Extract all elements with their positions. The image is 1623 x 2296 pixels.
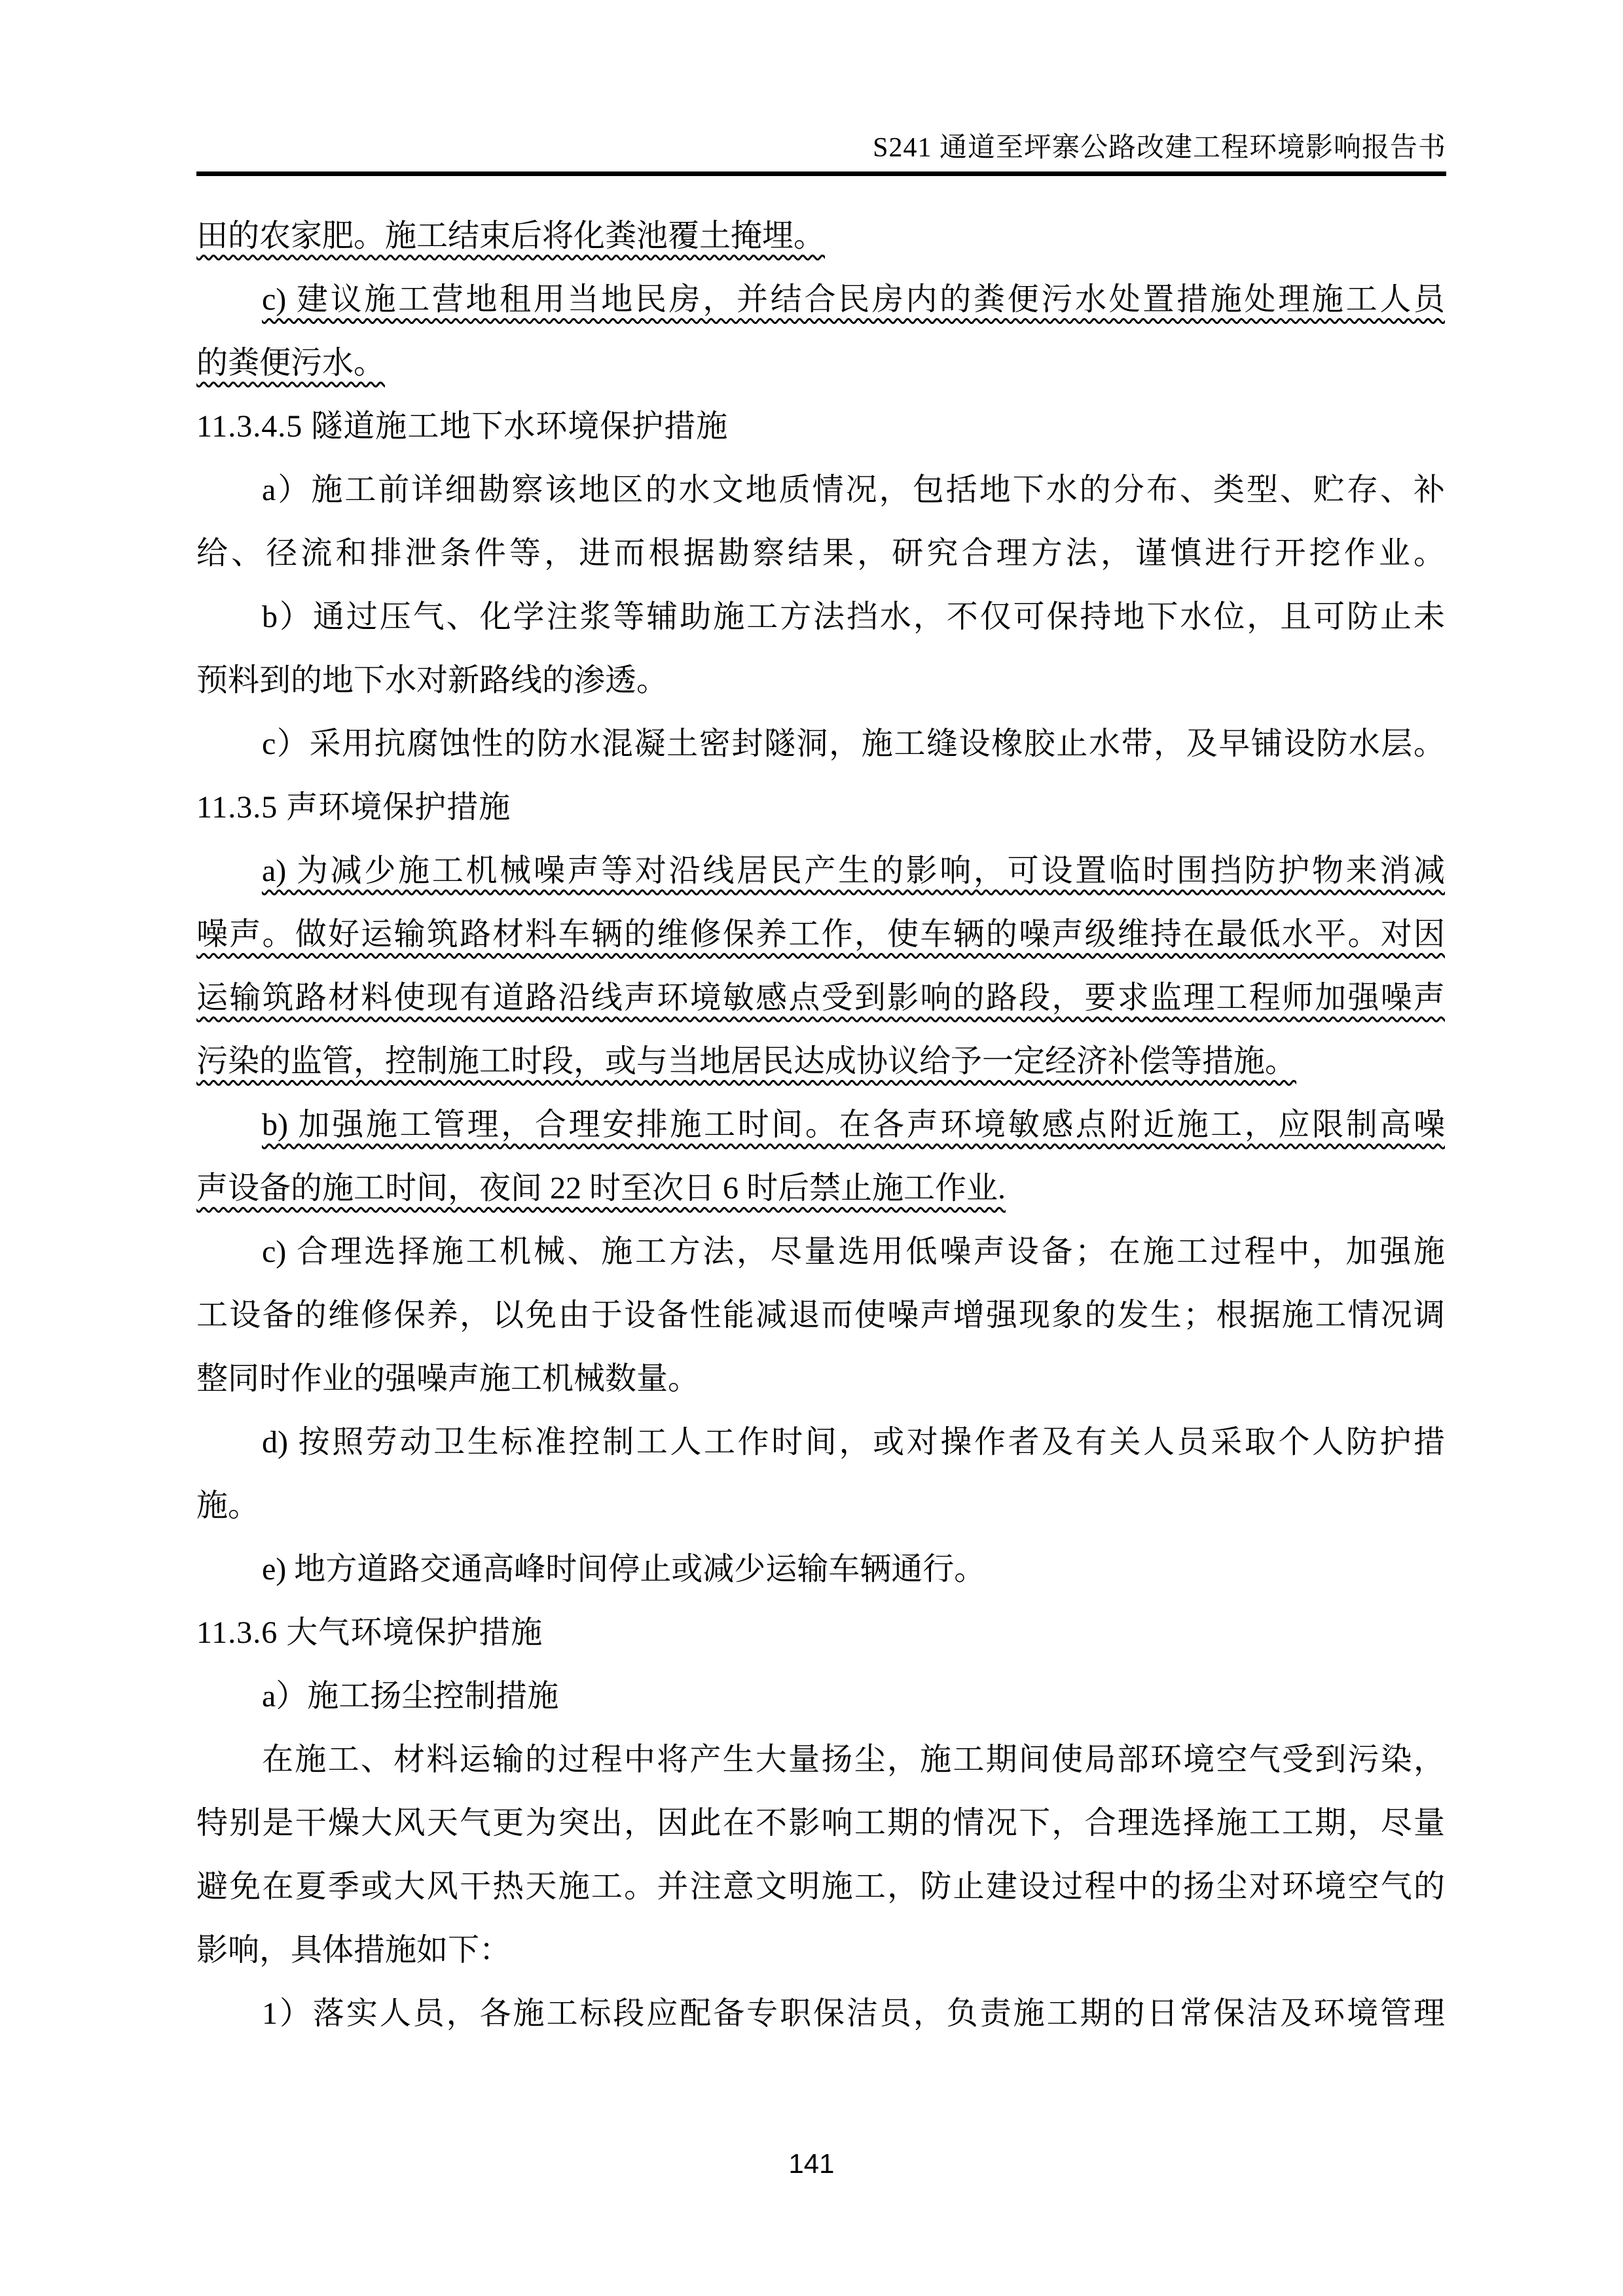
paragraph-line: 整同时作业的强噪声施工机械数量。	[196, 1347, 1445, 1410]
paragraph-line: 的粪便污水。	[196, 331, 1445, 395]
paragraph-line: b) 加强施工管理，合理安排施工时间。在各声环境敏感点附近施工，应限制高噪	[196, 1093, 1445, 1157]
paragraph-line: a) 为减少施工机械噪声等对沿线居民产生的影响，可设置临时围挡防护物来消减	[196, 839, 1445, 903]
paragraph-line: 1）落实人员，各施工标段应配备专职保洁员，负责施工期的日常保洁及环境管理	[196, 1982, 1445, 2045]
paragraph-line: d) 按照劳动卫生标准控制工人工作时间，或对操作者及有关人员采取个人防护措	[196, 1410, 1445, 1474]
paragraph-line: 避免在夏季或大风干热天施工。并注意文明施工，防止建设过程中的扬尘对环境空气的	[196, 1855, 1445, 1918]
header-rule	[196, 171, 1446, 176]
paragraph-line: 噪声。做好运输筑路材料车辆的维修保养工作，使车辆的噪声级维持在最低水平。对因	[196, 903, 1445, 966]
page-number: 141	[788, 2148, 834, 2179]
paragraph-line: 污染的监管，控制施工时段，或与当地居民达成协议给予一定经济补偿等措施。	[196, 1030, 1445, 1093]
paragraph-line: e) 地方道路交通高峰时间停止或减少运输车辆通行。	[196, 1537, 1445, 1601]
paragraph-line: c) 建议施工营地租用当地民房，并结合民房内的粪便污水处置措施处理施工人员	[196, 268, 1445, 331]
paragraph-line: c) 合理选择施工机械、施工方法，尽量选用低噪声设备；在施工过程中，加强施	[196, 1220, 1445, 1283]
paragraph-line: 声设备的施工时间，夜间 22 时至次日 6 时后禁止施工作业.	[196, 1157, 1445, 1220]
paragraph-line: 田的农家肥。施工结束后将化粪池覆土掩埋。	[196, 204, 1445, 268]
paragraph-line: b）通过压气、化学注浆等辅助施工方法挡水，不仅可保持地下水位，且可防止未	[196, 585, 1445, 649]
document-body: 田的农家肥。施工结束后将化粪池覆土掩埋。c) 建议施工营地租用当地民房，并结合民…	[196, 204, 1445, 2045]
page-footer: 141	[0, 2148, 1623, 2179]
paragraph-line: a）施工扬尘控制措施	[196, 1664, 1445, 1728]
paragraph-line: c）采用抗腐蚀性的防水混凝土密封隧洞，施工缝设橡胶止水带，及早铺设防水层。	[196, 712, 1445, 776]
paragraph-line: 影响，具体措施如下：	[196, 1918, 1445, 1982]
page-header: S241 通道至坪寨公路改建工程环境影响报告书	[196, 131, 1446, 176]
paragraph-line: 工设备的维修保养，以免由于设备性能减退而使噪声增强现象的发生；根据施工情况调	[196, 1283, 1445, 1347]
paragraph-line: 运输筑路材料使现有道路沿线声环境敏感点受到影响的路段，要求监理工程师加强噪声	[196, 966, 1445, 1030]
document-page: S241 通道至坪寨公路改建工程环境影响报告书 田的农家肥。施工结束后将化粪池覆…	[0, 0, 1623, 2296]
paragraph-line: 特别是干燥大风天气更为突出，因此在不影响工期的情况下，合理选择施工工期，尽量	[196, 1791, 1445, 1855]
paragraph-line: a）施工前详细勘察该地区的水文地质情况，包括地下水的分布、类型、贮存、补	[196, 458, 1445, 522]
section-heading: 11.3.4.5 隧道施工地下水环境保护措施	[196, 395, 1445, 458]
section-heading: 11.3.6 大气环境保护措施	[196, 1601, 1445, 1664]
running-header-title: S241 通道至坪寨公路改建工程环境影响报告书	[196, 131, 1446, 165]
paragraph-line: 给、径流和排泄条件等，进而根据勘察结果，研究合理方法，谨慎进行开挖作业。	[196, 522, 1445, 585]
paragraph-line: 预料到的地下水对新路线的渗透。	[196, 649, 1445, 712]
section-heading: 11.3.5 声环境保护措施	[196, 776, 1445, 839]
paragraph-line: 在施工、材料运输的过程中将产生大量扬尘，施工期间使局部环境空气受到污染，	[196, 1728, 1445, 1791]
paragraph-line: 施。	[196, 1474, 1445, 1537]
